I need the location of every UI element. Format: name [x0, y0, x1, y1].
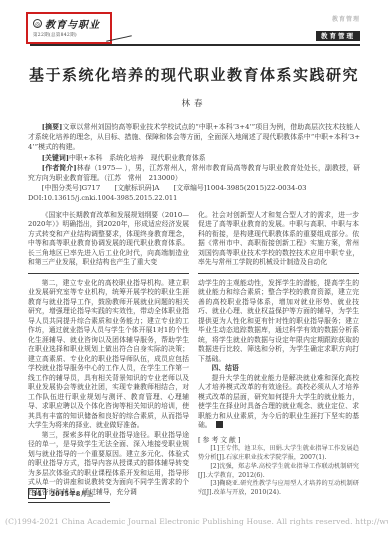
- left-column: 《国家中长期教育改革和发展规划纲要（2010—2020年）》明确指出，到2020…: [28, 211, 189, 498]
- prev-article-paragraph-2: 第二，建立专业化的高校职业指导机构。建立职业发展研究室等专业机构，统筹开展学校的…: [28, 279, 189, 431]
- abstract-text: 文章以常州刘国钧高等职业技术学校试点的“中职+本科‘3+4’”项目为例，借助高层…: [28, 123, 360, 151]
- abstract-block: [摘要]文章以常州刘国钧高等职业技术学校试点的“中职+本科‘3+4’”项目为例，…: [28, 122, 360, 204]
- footer-issue-date: 2015年8月上: [51, 489, 94, 498]
- category-badge-label: 教育管理: [316, 31, 360, 41]
- keywords-label: [关键词]: [42, 154, 69, 162]
- logo-swoosh-line: [106, 35, 132, 41]
- conclusion-heading: 四、结语: [198, 364, 359, 374]
- abstract-paragraph: [摘要]文章以常州刘国钧高等职业技术学校试点的“中职+本科‘3+4’”项目为例，…: [28, 122, 360, 153]
- header-rule: [30, 44, 360, 46]
- journal-page: ◎ 教育与职业 第22期(总第842期) 教育管理 教育管理 基于系统化培养的现…: [0, 0, 388, 533]
- left-column-separator: [28, 273, 189, 274]
- body-columns: 《国家中长期教育改革和发展规划纲要（2010—2020年）》明确指出，到2020…: [28, 211, 360, 498]
- category-badge: 教育管理 教育管理: [316, 16, 360, 42]
- intro-paragraph-right: 化。社会对创新型人才和复合型人才的需求，进一步促进了高等职业教育的发展。中职与高…: [198, 211, 359, 268]
- article-author: 林春: [28, 97, 360, 109]
- conclusion-paragraph: 提升大学生的就业能力是解决就业难和深化高校人才培养模式改革的有效途径。高校必须从…: [198, 374, 359, 431]
- journal-logo-icon: ◎: [33, 19, 42, 28]
- reference-item: [2]沈强，郑志华.高校学生就业指导工作联动机制研究[J].大学教育，2012(…: [198, 463, 359, 481]
- doi-line: DOI:10.13615/j.cnki.1004-3985.2015.22.01…: [28, 193, 360, 203]
- page-header: ◎ 教育与职业 第22期(总第842期) 教育管理 教育管理: [28, 14, 360, 46]
- journal-name: 教育与职业: [45, 16, 100, 31]
- category-badge-ghost: 教育管理: [316, 16, 360, 23]
- article-id: [文章编号]1004-3985(2015)22-0034-03: [174, 184, 307, 192]
- references-list: [1]王专伟，池卫东，田娟.大学生就业指导工作发展趋势分析[J].石家庄职业技术…: [198, 445, 359, 498]
- journal-logo-box: ◎ 教育与职业 第22期(总第842期): [26, 12, 112, 44]
- doc-code: [文献标识码]A: [115, 184, 160, 192]
- intro-paragraph-left: 《国家中长期教育改革和发展规划纲要（2010—2020年）》明确指出，到2020…: [28, 211, 189, 268]
- prev-article-continuation: 动学生的主观能动性，发挥学生的潜能，提高学生的就业能力和综合素质；整合学校的教育…: [198, 279, 359, 365]
- keywords-paragraph: [关键词]中职+本科 系统化培养 现代职业教育体系: [28, 153, 360, 163]
- page-footer: 34 2015年8月上: [28, 488, 110, 503]
- end-of-article-icon: [216, 421, 223, 428]
- right-column-separator: [198, 273, 359, 274]
- cnki-copyright-line: (C)1994-2021 China Academic Journal Elec…: [5, 517, 383, 526]
- page-number: 34: [28, 488, 46, 499]
- author-bio-text: 林春（1975— ），男，江苏常州人，常州市教育局高等教育与职业教育处处长，副教…: [28, 164, 360, 182]
- meta-line: [中图分类号]G717 [文献标识码]A [文章编号]1004-3985(201…: [28, 183, 360, 193]
- issue-info: 第22期(总第842期): [33, 32, 107, 38]
- clc-number: [中图分类号]G717: [42, 184, 101, 192]
- author-bio-paragraph: [作者简介]林春（1975— ），男，江苏常州人，常州市教育局高等教育与职业教育…: [28, 163, 360, 183]
- reference-item: [1]王专伟，池卫东，田娟.大学生就业指导工作发展趋势分析[J].石家庄职业技术…: [198, 445, 359, 463]
- keywords-text: 中职+本科 系统化培养 现代职业教育体系: [69, 154, 206, 162]
- abstract-label: [摘要]: [42, 123, 63, 131]
- article-title: 基于系统化培养的现代职业教育体系实践研究: [28, 64, 360, 85]
- reference-item: [3]鞠晓亚.研究性教学与应用型人才培养的互动机制研究[J].改革与开放，201…: [198, 480, 359, 498]
- references-heading: [参考文献]: [198, 436, 359, 446]
- author-bio-label: [作者简介]: [42, 164, 77, 172]
- right-column: 化。社会对创新型人才和复合型人才的需求，进一步促进了高等职业教育的发展。中职与高…: [198, 211, 359, 498]
